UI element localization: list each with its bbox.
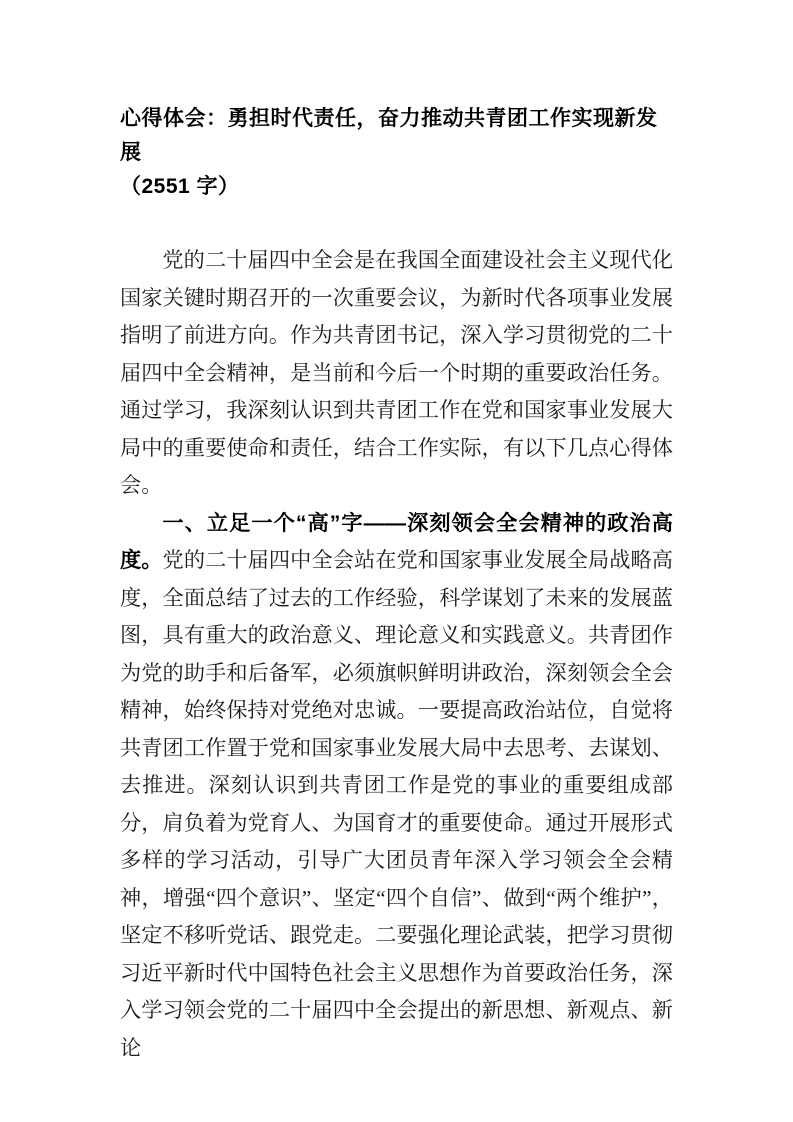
document-title: 心得体会：勇担时代责任，奋力推动共青团工作实现新发展 （2551 字） — [120, 102, 673, 204]
document-body: 党的二十届四中全会是在我国全面建设社会主义现代化国家关键时期召开的一次重要会议，… — [120, 242, 673, 1067]
page-content: 心得体会：勇担时代责任，奋力推动共青团工作实现新发展 （2551 字） 党的二十… — [120, 0, 673, 1067]
paragraph-intro: 党的二十届四中全会是在我国全面建设社会主义现代化国家关键时期召开的一次重要会议，… — [120, 242, 673, 505]
paragraph-intro-text: 党的二十届四中全会是在我国全面建设社会主义现代化国家关键时期召开的一次重要会议，… — [120, 248, 673, 497]
document-title-line-1: 心得体会：勇担时代责任，奋力推动共青团工作实现新发展 — [120, 102, 673, 170]
document-page: 心得体会：勇担时代责任，奋力推动共青团工作实现新发展 （2551 字） 党的二十… — [0, 0, 793, 1122]
paragraph-section-1: 一、立足一个“高”字——深刻领会全会精神的政治高度。党的二十届四中全会站在党和国… — [120, 505, 673, 1068]
document-title-line-2: （2551 字） — [120, 170, 673, 204]
section-1-text: 党的二十届四中全会站在党和国家事业发展全局战略高度，全面总结了过去的工作经验，科… — [120, 548, 673, 1060]
